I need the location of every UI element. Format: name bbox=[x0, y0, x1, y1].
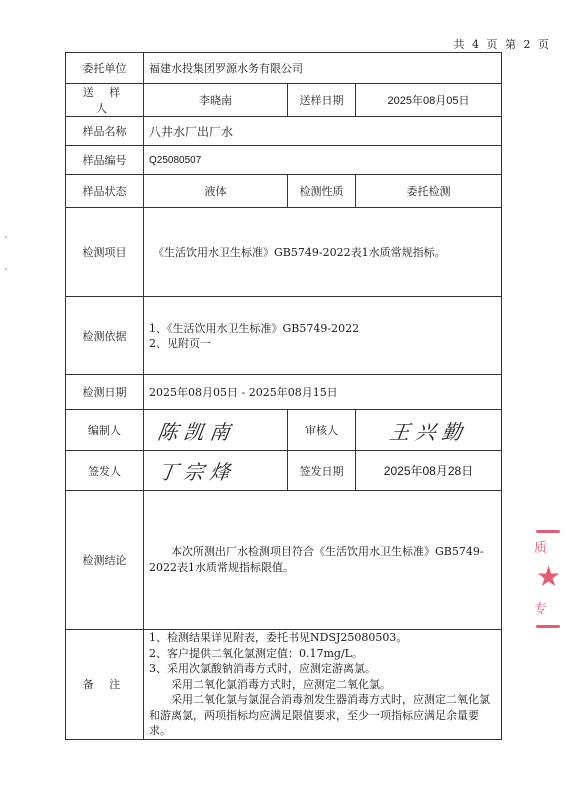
seal-text-bottom: 专 bbox=[534, 598, 571, 617]
sample-name-value: 八井水厂出厂水 bbox=[144, 117, 502, 146]
row-issuer: 签发人 丁宗烽 签发日期 2025年08月28日 bbox=[66, 451, 502, 491]
sender-label: 送 样 人 bbox=[66, 84, 144, 117]
test-date-value: 2025年08月05日 - 2025年08月15日 bbox=[144, 375, 502, 410]
row-client: 委托单位 福建水投集团罗源水务有限公司 bbox=[66, 53, 502, 84]
remark-line: 采用二氧化氯与氯混合消毒剂发生器消毒方式时，应测定二氧化氯和游离氯，两项指标均应… bbox=[149, 692, 496, 739]
issuer-label: 签发人 bbox=[66, 451, 144, 491]
test-basis-line: 1、《生活饮用水卫生标准》GB5749-2022 bbox=[149, 321, 496, 336]
reviewer-signature: 王兴勤 bbox=[387, 416, 469, 445]
client-value: 福建水投集团罗源水务有限公司 bbox=[144, 53, 502, 84]
issuer-signature: 丁宗烽 bbox=[156, 456, 238, 485]
row-sample-name: 样品名称 八井水厂出厂水 bbox=[66, 117, 502, 146]
test-items-label: 检测项目 bbox=[66, 208, 144, 297]
test-basis-line: 2、见附页一 bbox=[149, 336, 496, 351]
sample-no-label: 样品编号 bbox=[66, 146, 144, 175]
send-date-value: 2025年08月05日 bbox=[356, 84, 502, 117]
seal-text-top: 质 bbox=[534, 537, 571, 556]
compiler-signature: 陈凯南 bbox=[156, 416, 238, 445]
row-compiler: 编制人 陈凯南 审核人 王兴勤 bbox=[66, 410, 502, 451]
seal-border-top bbox=[536, 530, 560, 533]
seal-border-bottom bbox=[536, 625, 560, 628]
issuer-signature-cell: 丁宗烽 bbox=[144, 451, 288, 491]
sample-state-value: 液体 bbox=[144, 175, 288, 208]
reviewer-label: 审核人 bbox=[288, 410, 356, 451]
test-nature-label: 检测性质 bbox=[288, 175, 356, 208]
scan-speck bbox=[5, 268, 7, 270]
official-seal-stamp: 质 ★ 专 bbox=[534, 530, 571, 640]
sample-name-label: 样品名称 bbox=[66, 117, 144, 146]
client-label: 委托单位 bbox=[66, 53, 144, 84]
row-test-items: 检测项目 《生活饮用水卫生标准》GB5749-2022表1水质常规指标。 bbox=[66, 208, 502, 297]
sample-state-label: 样品状态 bbox=[66, 175, 144, 208]
compiler-signature-cell: 陈凯南 bbox=[144, 410, 288, 451]
remarks-value: 1、检测结果详见附表，委托书见NDSJ25080503。 2、客户提供二氧化氯测… bbox=[144, 630, 502, 740]
test-report-table: 委托单位 福建水投集团罗源水务有限公司 送 样 人 李晓南 送样日期 2025年… bbox=[65, 52, 502, 740]
row-test-basis: 检测依据 1、《生活饮用水卫生标准》GB5749-2022 2、见附页一 bbox=[66, 297, 502, 375]
row-sample-state: 样品状态 液体 检测性质 委托检测 bbox=[66, 175, 502, 208]
conclusion-label: 检测结论 bbox=[66, 491, 144, 630]
page-indicator: 共 4 页 第 2 页 bbox=[454, 36, 551, 52]
compiler-label: 编制人 bbox=[66, 410, 144, 451]
remarks-label: 备 注 bbox=[66, 630, 144, 740]
row-conclusion: 检测结论 本次所测出厂水检测项目符合《生活饮用水卫生标准》GB5749-2022… bbox=[66, 491, 502, 630]
star-icon: ★ bbox=[536, 562, 571, 592]
sample-no-value: Q25080507 bbox=[144, 146, 502, 175]
remark-line: 2、客户提供二氧化氯测定值：0.17mg/L。 bbox=[149, 646, 496, 662]
test-items-value: 《生活饮用水卫生标准》GB5749-2022表1水质常规指标。 bbox=[144, 208, 502, 297]
remark-line: 1、检测结果详见附表，委托书见NDSJ25080503。 bbox=[149, 630, 496, 646]
test-nature-value: 委托检测 bbox=[356, 175, 502, 208]
conclusion-value: 本次所测出厂水检测项目符合《生活饮用水卫生标准》GB5749-2022表1水质常… bbox=[144, 491, 502, 630]
remark-line: 3、采用次氯酸钠消毒方式时，应测定游离氯。 bbox=[149, 661, 496, 677]
row-sender: 送 样 人 李晓南 送样日期 2025年08月05日 bbox=[66, 84, 502, 117]
remark-line: 采用二氧化氯消毒方式时，应测定二氧化氯。 bbox=[149, 677, 496, 693]
test-basis-value: 1、《生活饮用水卫生标准》GB5749-2022 2、见附页一 bbox=[144, 297, 502, 375]
test-basis-label: 检测依据 bbox=[66, 297, 144, 375]
row-remarks: 备 注 1、检测结果详见附表，委托书见NDSJ25080503。 2、客户提供二… bbox=[66, 630, 502, 740]
issue-date-label: 签发日期 bbox=[288, 451, 356, 491]
sender-value: 李晓南 bbox=[144, 84, 288, 117]
issue-date-value: 2025年08月28日 bbox=[356, 451, 502, 491]
test-date-label: 检测日期 bbox=[66, 375, 144, 410]
row-sample-no: 样品编号 Q25080507 bbox=[66, 146, 502, 175]
reviewer-signature-cell: 王兴勤 bbox=[356, 410, 502, 451]
row-test-date: 检测日期 2025年08月05日 - 2025年08月15日 bbox=[66, 375, 502, 410]
send-date-label: 送样日期 bbox=[288, 84, 356, 117]
scan-speck bbox=[5, 236, 7, 238]
